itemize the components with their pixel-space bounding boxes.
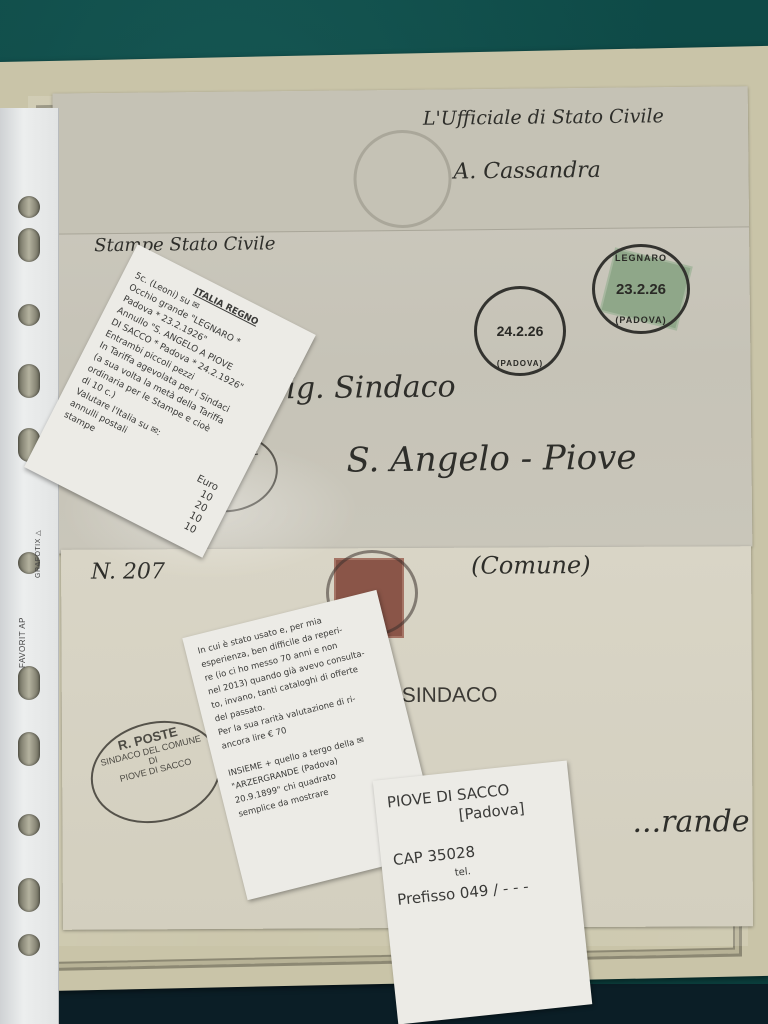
faint-postmark — [353, 129, 452, 228]
envelope-reference: N. 207 — [91, 559, 165, 584]
punch-hole — [18, 228, 40, 262]
flap-text: L'Ufficiale di Stato Civile — [423, 105, 664, 130]
address-line-2: S. Angelo - Piove — [346, 438, 636, 481]
flap-signature: A. Cassandra — [453, 158, 601, 185]
postmark-arrival-date: 24.2.26 — [497, 323, 544, 339]
punch-hole — [18, 666, 40, 700]
address-partial: ...rande — [632, 804, 749, 840]
binder-brand-text: FAVORIT AP — [18, 617, 27, 668]
punch-hole — [18, 304, 40, 326]
binder-strip: FAVORIT AP GRAFOTIX △ — [0, 108, 59, 1024]
punch-hole — [18, 878, 40, 912]
postmark-legnaro: LEGNARO 23.2.26 (PADOVA) — [592, 244, 690, 334]
postmark-arrival: 24.2.26 (PADOVA) — [474, 286, 566, 376]
punch-hole — [18, 814, 40, 836]
postmark-legnaro-town: LEGNARO — [595, 253, 687, 263]
punch-hole — [18, 934, 40, 956]
printed-sindaco: SINDACO — [402, 684, 498, 709]
punch-hole — [18, 364, 40, 398]
postmark-legnaro-province: (PADOVA) — [595, 315, 687, 325]
table-edge — [0, 984, 768, 1024]
address-paren: (Comune) — [471, 551, 591, 580]
binder-small-text: GRAFOTIX △ — [34, 530, 42, 578]
punch-hole — [18, 732, 40, 766]
postmark-legnaro-date: 23.2.26 — [616, 281, 666, 298]
note-values: Euro 10 20 10 10 — [172, 473, 219, 537]
postmark-arrival-province: (PADOVA) — [477, 359, 563, 368]
note-card-piove-di-sacco: PIOVE DI SACCO [Padova] CAP 35028 tel. P… — [373, 760, 593, 1024]
punch-hole — [18, 196, 40, 218]
envelope-flap: L'Ufficiale di Stato Civile A. Cassandra — [53, 86, 749, 234]
envelope-header-text: Stampe Stato Civile — [94, 233, 275, 256]
